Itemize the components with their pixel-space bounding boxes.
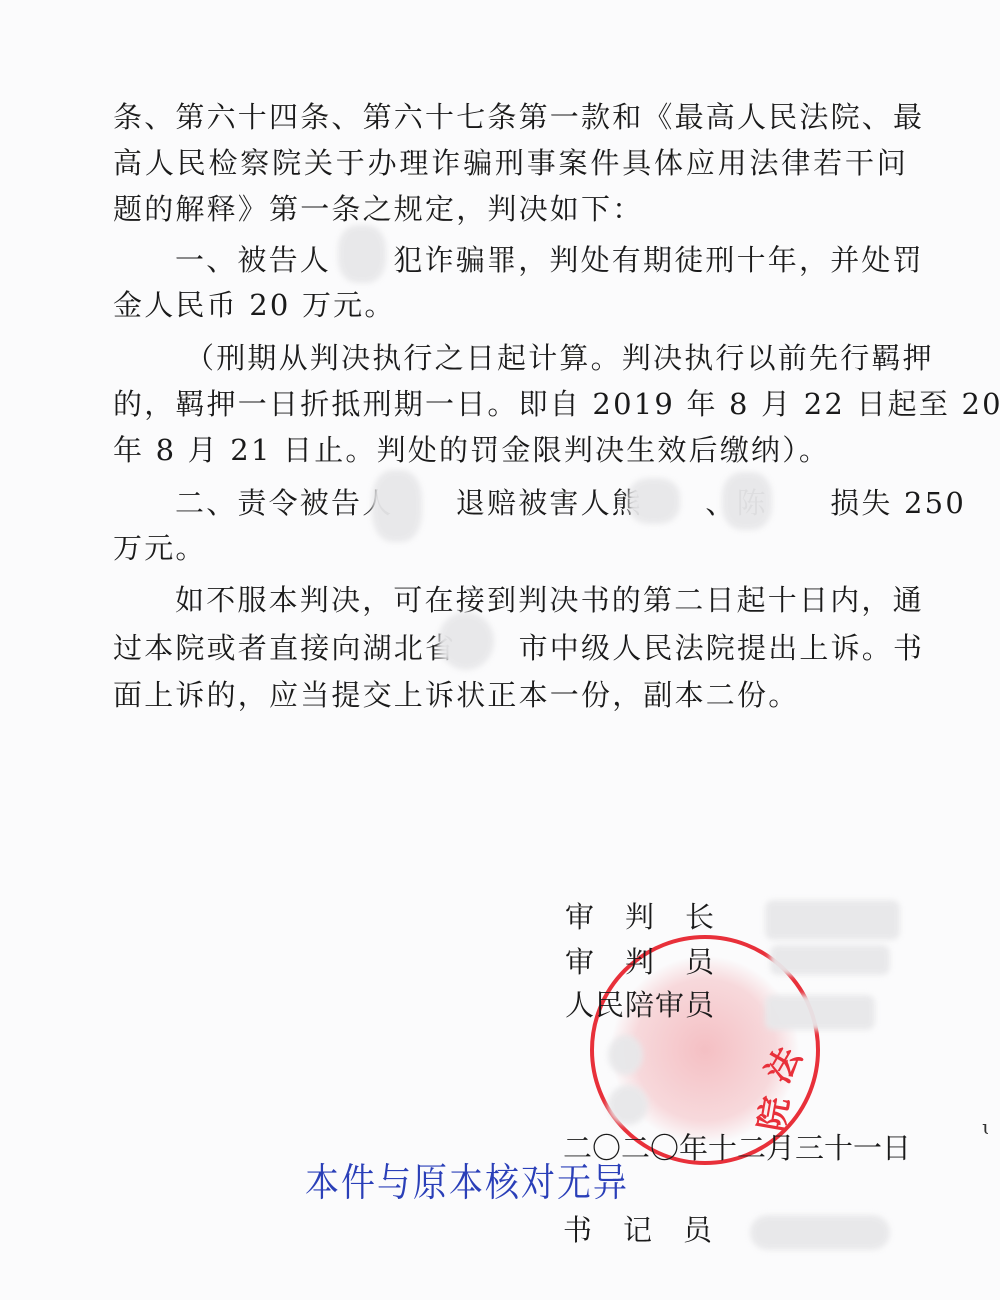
- chief-judge-label: 审 判 长: [565, 897, 715, 937]
- scan-artifact-mark: ɩ: [982, 1115, 990, 1139]
- redaction-clerk-name: [750, 1215, 890, 1250]
- juror-row: 人民陪审员: [565, 985, 715, 1025]
- chief-judge-row: 审 判 长: [565, 897, 715, 937]
- verdict-1-line-1: 一、被告人 犯诈骗罪，判处有期徒刑十年，并处罚: [175, 240, 908, 280]
- judge-row: 审 判 员: [565, 942, 715, 982]
- redaction-judge-name: [770, 945, 890, 975]
- redaction-juror-name: [765, 995, 875, 1030]
- redaction-defendant-name-1: [338, 225, 386, 283]
- legal-basis-line-2: 高人民检察院关于办理诈骗刑事案件具体应用法律若干问: [113, 143, 908, 183]
- appeal-notice-line-3: 面上诉的，应当提交上诉状正本一份，副本二份。: [113, 675, 908, 715]
- redaction-seal-mark-1: [608, 1035, 643, 1075]
- verdict-2-line-1: 二、责令被告人 退赔被害人熊 、陈 损失 250: [175, 483, 908, 523]
- judge-label: 审 判 员: [565, 942, 715, 982]
- redaction-defendant-name-2: [372, 470, 422, 542]
- redaction-victim-name-1: [628, 478, 680, 524]
- judgment-document-page: 条、第六十四条、第六十七条第一款和《最高人民法院、最 高人民检察院关于办理诈骗刑…: [0, 0, 1000, 1300]
- sentence-note-line-3: 年 8 月 21 日止。判处的罚金限判决生效后缴纳）。: [113, 430, 908, 470]
- redaction-seal-mark-2: [608, 1085, 648, 1125]
- juror-label: 人民陪审员: [565, 985, 715, 1025]
- verdict-2-line-2: 万元。: [113, 528, 908, 568]
- verdict-1-line-2: 金人民币 20 万元。: [113, 285, 908, 325]
- appeal-notice-line-1: 如不服本判决，可在接到判决书的第二日起十日内，通: [175, 580, 908, 620]
- clerk-row: 书 记 员: [563, 1210, 713, 1250]
- sentence-note-line-1: （刑期从判决执行之日起计算。判决执行以前先行羁押: [185, 338, 908, 378]
- certification-stamp: 本件与原本核对无异: [305, 1151, 629, 1207]
- sentence-note-line-2: 的，羁押一日折抵刑期一日。即自 2019 年 8 月 22 日起至 2029: [113, 384, 908, 424]
- redaction-victim-name-2: [722, 472, 772, 530]
- redaction-city-name: [438, 612, 494, 670]
- legal-basis-line-3: 题的解释》第一条之规定，判决如下：: [113, 189, 908, 229]
- redaction-chief-judge-name: [765, 900, 900, 940]
- seal-char-fa: 法: [751, 1037, 810, 1091]
- appeal-notice-line-2: 过本院或者直接向湖北省 市中级人民法院提出上诉。书: [113, 628, 908, 668]
- clerk-label: 书 记 员: [563, 1210, 713, 1250]
- legal-basis-line-1: 条、第六十四条、第六十七条第一款和《最高人民法院、最: [113, 97, 908, 137]
